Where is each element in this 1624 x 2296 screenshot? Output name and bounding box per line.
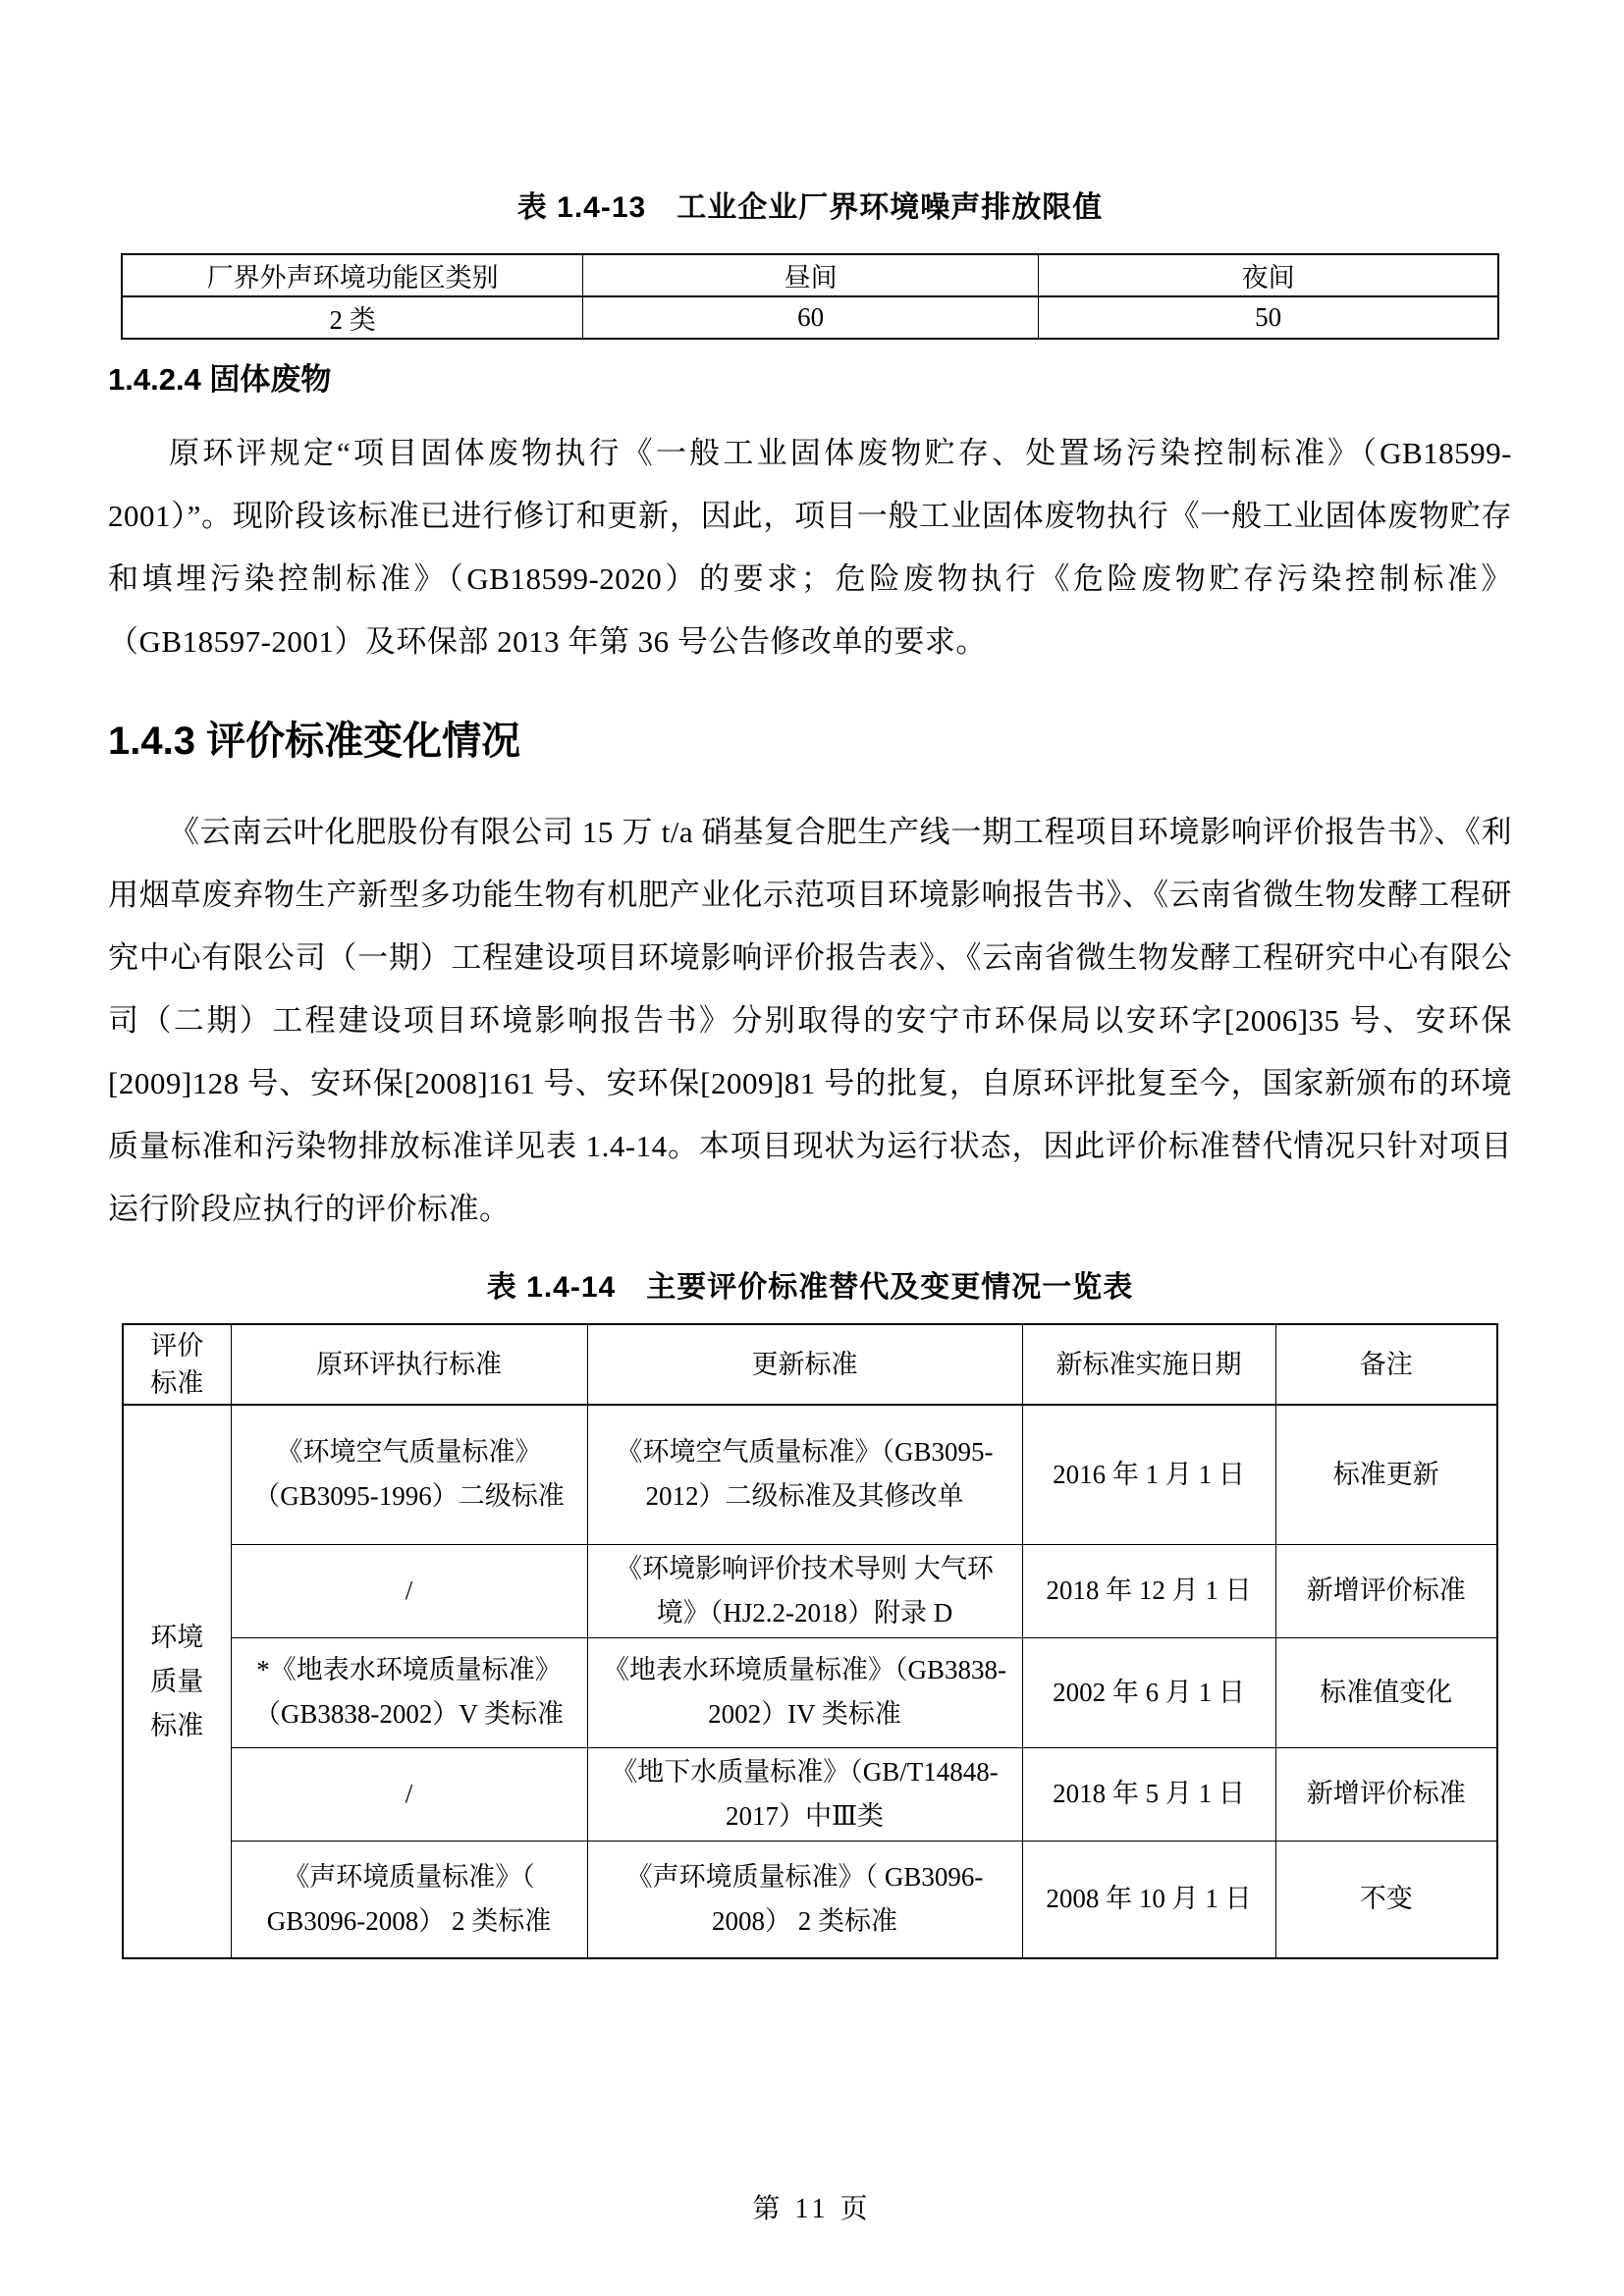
cell-effective-date: 2018 年 12 月 1 日 xyxy=(1022,1544,1275,1637)
cell-new-standard: 《地表水环境质量标准》（GB3838-2002）IV 类标准 xyxy=(587,1637,1022,1747)
section-heading-standard-changes: 1.4.3 评价标准变化情况 xyxy=(108,719,1512,764)
column-header-function-zone: 厂界外声环境功能区类别 xyxy=(122,254,583,296)
table-1-4-14-title: 表 1.4-14 主要评价标准替代及变更情况一览表 xyxy=(108,1268,1512,1308)
noise-limit-table: 厂界外声环境功能区类别 昼间 夜间 2 类 60 50 xyxy=(121,253,1499,340)
cell-old-standard: / xyxy=(231,1544,587,1637)
cell-effective-date: 2018 年 5 月 1 日 xyxy=(1022,1747,1275,1841)
page-number: 第 11 页 xyxy=(0,2187,1624,2226)
paragraph-solid-waste: 原环评规定“项目固体废物执行《一般工业固体废物贮存、处置场污染控制标准》（GB1… xyxy=(108,422,1512,673)
table-header-row: 厂界外声环境功能区类别 昼间 夜间 xyxy=(122,254,1498,296)
table-row: 《声环境质量标准》（ GB3096-2008） 2 类标准 《声环境质量标准》（… xyxy=(123,1841,1497,1958)
table-row: 2 类 60 50 xyxy=(122,296,1498,339)
table-header-row: 评价标准 原环评执行标准 更新标准 新标准实施日期 备注 xyxy=(123,1324,1497,1405)
table-row: 环境质量标准 《环境空气质量标准》（GB3095-1996）二级标准 《环境空气… xyxy=(123,1405,1497,1544)
cell-old-standard: 《声环境质量标准》（ GB3096-2008） 2 类标准 xyxy=(231,1841,587,1958)
cell-group-env-quality-standards: 环境质量标准 xyxy=(123,1405,231,1958)
document-page: 表 1.4-13 工业企业厂界环境噪声排放限值 厂界外声环境功能区类别 昼间 夜… xyxy=(0,0,1624,2296)
cell-new-standard: 《环境空气质量标准》（GB3095-2012）二级标准及其修改单 xyxy=(587,1405,1022,1544)
paragraph-standard-changes: 《云南云叶化肥股份有限公司 15 万 t/a 硝基复合肥生产线一期工程项目环境影… xyxy=(108,801,1512,1241)
cell-remark: 标准值变化 xyxy=(1275,1637,1497,1747)
cell-effective-date: 2016 年 1 月 1 日 xyxy=(1022,1405,1275,1544)
table-row: / 《环境影响评价技术导则 大气环境》（HJ2.2-2018）附录 D 2018… xyxy=(123,1544,1497,1637)
cell-old-standard: *《地表水环境质量标准》（GB3838-2002）V 类标准 xyxy=(231,1637,587,1747)
standards-replacement-table: 评价标准 原环评执行标准 更新标准 新标准实施日期 备注 环境质量标准 《环境空… xyxy=(122,1323,1498,1959)
table-row: *《地表水环境质量标准》（GB3838-2002）V 类标准 《地表水环境质量标… xyxy=(123,1637,1497,1747)
cell-zone-class: 2 类 xyxy=(122,296,583,339)
section-heading-solid-waste: 1.4.2.4 固体废物 xyxy=(108,361,1512,399)
cell-effective-date: 2008 年 10 月 1 日 xyxy=(1022,1841,1275,1958)
cell-effective-date: 2002 年 6 月 1 日 xyxy=(1022,1637,1275,1747)
column-header-nighttime: 夜间 xyxy=(1039,254,1498,296)
column-header-effective-date: 新标准实施日期 xyxy=(1022,1324,1275,1405)
table-1-4-13-title: 表 1.4-13 工业企业厂界环境噪声排放限值 xyxy=(108,188,1512,228)
cell-remark: 不变 xyxy=(1275,1841,1497,1958)
cell-remark: 新增评价标准 xyxy=(1275,1544,1497,1637)
cell-new-standard: 《环境影响评价技术导则 大气环境》（HJ2.2-2018）附录 D xyxy=(587,1544,1022,1637)
cell-new-standard: 《声环境质量标准》（ GB3096-2008） 2 类标准 xyxy=(587,1841,1022,1958)
column-header-remark: 备注 xyxy=(1275,1324,1497,1405)
column-header-original-standard: 原环评执行标准 xyxy=(231,1324,587,1405)
column-header-daytime: 昼间 xyxy=(583,254,1039,296)
table-row: / 《地下水质量标准》（GB/T14848-2017）中Ⅲ类 2018 年 5 … xyxy=(123,1747,1497,1841)
cell-nighttime-limit: 50 xyxy=(1039,296,1498,339)
page-content: 表 1.4-13 工业企业厂界环境噪声排放限值 厂界外声环境功能区类别 昼间 夜… xyxy=(0,0,1624,1959)
column-header-eval-standard: 评价标准 xyxy=(123,1324,231,1405)
cell-remark: 新增评价标准 xyxy=(1275,1747,1497,1841)
cell-daytime-limit: 60 xyxy=(583,296,1039,339)
cell-old-standard: / xyxy=(231,1747,587,1841)
cell-old-standard: 《环境空气质量标准》（GB3095-1996）二级标准 xyxy=(231,1405,587,1544)
column-header-updated-standard: 更新标准 xyxy=(587,1324,1022,1405)
cell-new-standard: 《地下水质量标准》（GB/T14848-2017）中Ⅲ类 xyxy=(587,1747,1022,1841)
cell-remark: 标准更新 xyxy=(1275,1405,1497,1544)
